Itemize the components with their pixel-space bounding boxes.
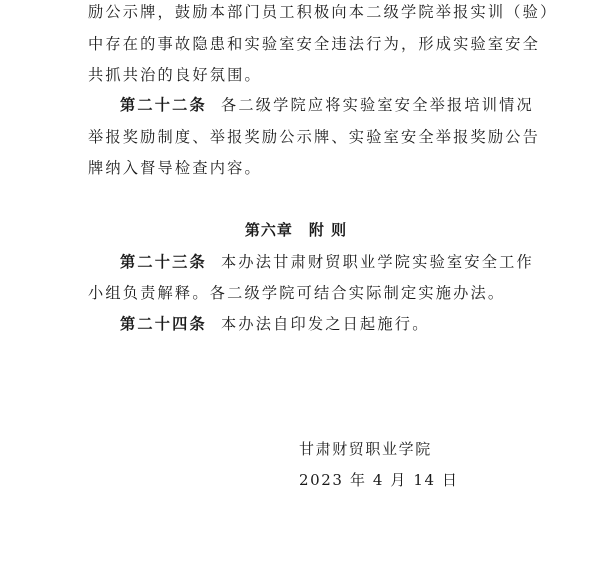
article-22-first-line: 第二十二条各二级学院应将实验室安全举报培训情况 bbox=[120, 95, 510, 115]
article-23-text: 本办法甘肃财贸职业学院实验室安全工作 bbox=[221, 253, 534, 271]
chapter-title: 附 则 bbox=[309, 221, 347, 239]
article-22-label: 第二十二条 bbox=[120, 96, 207, 114]
paragraph-line: 牌纳入督导检查内容。 bbox=[88, 158, 508, 178]
paragraph-line: 中存在的事故隐患和实验室安全违法行为，形成实验室安全 bbox=[88, 34, 508, 54]
article-24-label: 第二十四条 bbox=[120, 315, 207, 333]
chapter-heading: 第六章附 则 bbox=[0, 220, 592, 240]
signature-date: 2023 年 4 月 14 日 bbox=[299, 470, 459, 490]
article-23-first-line: 第二十三条本办法甘肃财贸职业学院实验室安全工作 bbox=[120, 252, 510, 272]
paragraph-line: 举报奖励制度、举报奖励公示牌、实验室安全举报奖励公告 bbox=[88, 127, 508, 147]
article-22-text: 各二级学院应将实验室安全举报培训情况 bbox=[221, 96, 534, 114]
signature-organization: 甘肃财贸职业学院 bbox=[299, 439, 432, 459]
paragraph-line: 小组负责解释。各二级学院可结合实际制定实施办法。 bbox=[88, 283, 508, 303]
article-24-first-line: 第二十四条本办法自印发之日起施行。 bbox=[120, 314, 510, 334]
chapter-number: 第六章 bbox=[245, 221, 293, 239]
paragraph-line: 励公示牌，鼓励本部门员工积极向本二级学院举报实训（验） bbox=[88, 2, 508, 22]
article-24-text: 本办法自印发之日起施行。 bbox=[221, 315, 430, 333]
article-23-label: 第二十三条 bbox=[120, 253, 207, 271]
paragraph-line: 共抓共治的良好氛围。 bbox=[88, 65, 508, 85]
